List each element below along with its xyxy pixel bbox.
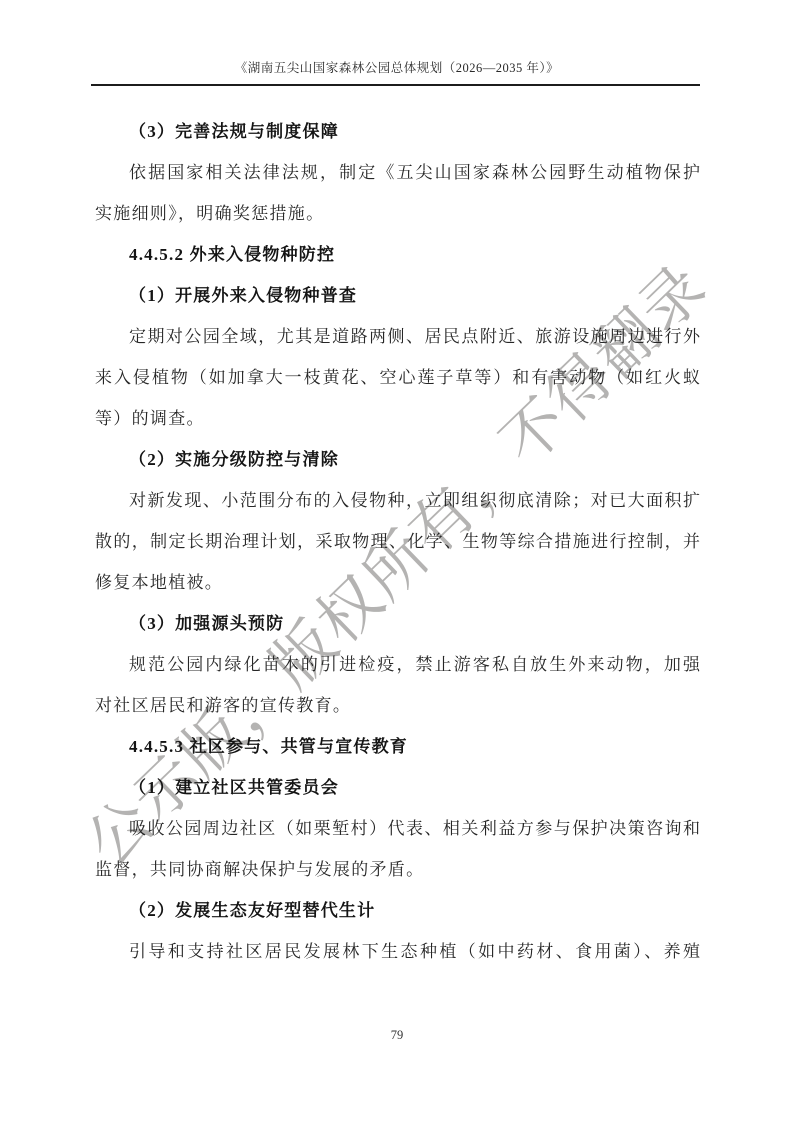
paragraph-line: 来入侵植物（如加拿大一枝黄花、空心莲子草等）和有害动物（如红火蚁 [95, 357, 701, 398]
paragraph-line: 修复本地植被。 [95, 562, 701, 603]
paragraph-line: 规范公园内绿化苗木的引进检疫，禁止游客私自放生外来动物，加强 [95, 644, 701, 685]
paragraph-line: 实施细则》，明确奖惩措施。 [95, 193, 701, 234]
paragraph-line: 对社区居民和游客的宣传教育。 [95, 685, 701, 726]
page-number: 79 [0, 1028, 794, 1043]
page-header-title: 《湖南五尖山国家森林公园总体规划（2026—2035 年）》 [0, 58, 794, 76]
paragraph-line: 定期对公园全域，尤其是道路两侧、居民点附近、旅游设施周边进行外 [95, 316, 701, 357]
section-heading: （1）建立社区共管委员会 [95, 767, 701, 808]
section-heading: 4.4.5.2 外来入侵物种防控 [95, 234, 701, 275]
paragraph-line: 吸收公园周边社区（如栗堑村）代表、相关利益方参与保护决策咨询和 [95, 808, 701, 849]
paragraph-line: 监督，共同协商解决保护与发展的矛盾。 [95, 849, 701, 890]
section-heading: （1）开展外来入侵物种普查 [95, 275, 701, 316]
section-heading: （2）发展生态友好型替代生计 [95, 890, 701, 931]
section-heading: （3）完善法规与制度保障 [95, 111, 701, 152]
paragraph-line: 散的，制定长期治理计划，采取物理、化学、生物等综合措施进行控制，并 [95, 521, 701, 562]
paragraph-line: 等）的调查。 [95, 398, 701, 439]
section-heading: （3）加强源头预防 [95, 603, 701, 644]
document-body: （3）完善法规与制度保障 依据国家相关法律法规，制定《五尖山国家森林公园野生动植… [95, 111, 701, 972]
document-page: 《湖南五尖山国家森林公园总体规划（2026—2035 年）》 公示版，版权所有，… [0, 0, 794, 1122]
paragraph-line: 依据国家相关法律法规，制定《五尖山国家森林公园野生动植物保护 [95, 152, 701, 193]
paragraph-line: 对新发现、小范围分布的入侵物种，立即组织彻底清除；对已大面积扩 [95, 480, 701, 521]
header-divider-rule [91, 84, 700, 86]
section-heading: （2）实施分级防控与清除 [95, 439, 701, 480]
section-heading: 4.4.5.3 社区参与、共管与宣传教育 [95, 726, 701, 767]
paragraph-line: 引导和支持社区居民发展林下生态种植（如中药材、食用菌）、养殖 [95, 931, 701, 972]
